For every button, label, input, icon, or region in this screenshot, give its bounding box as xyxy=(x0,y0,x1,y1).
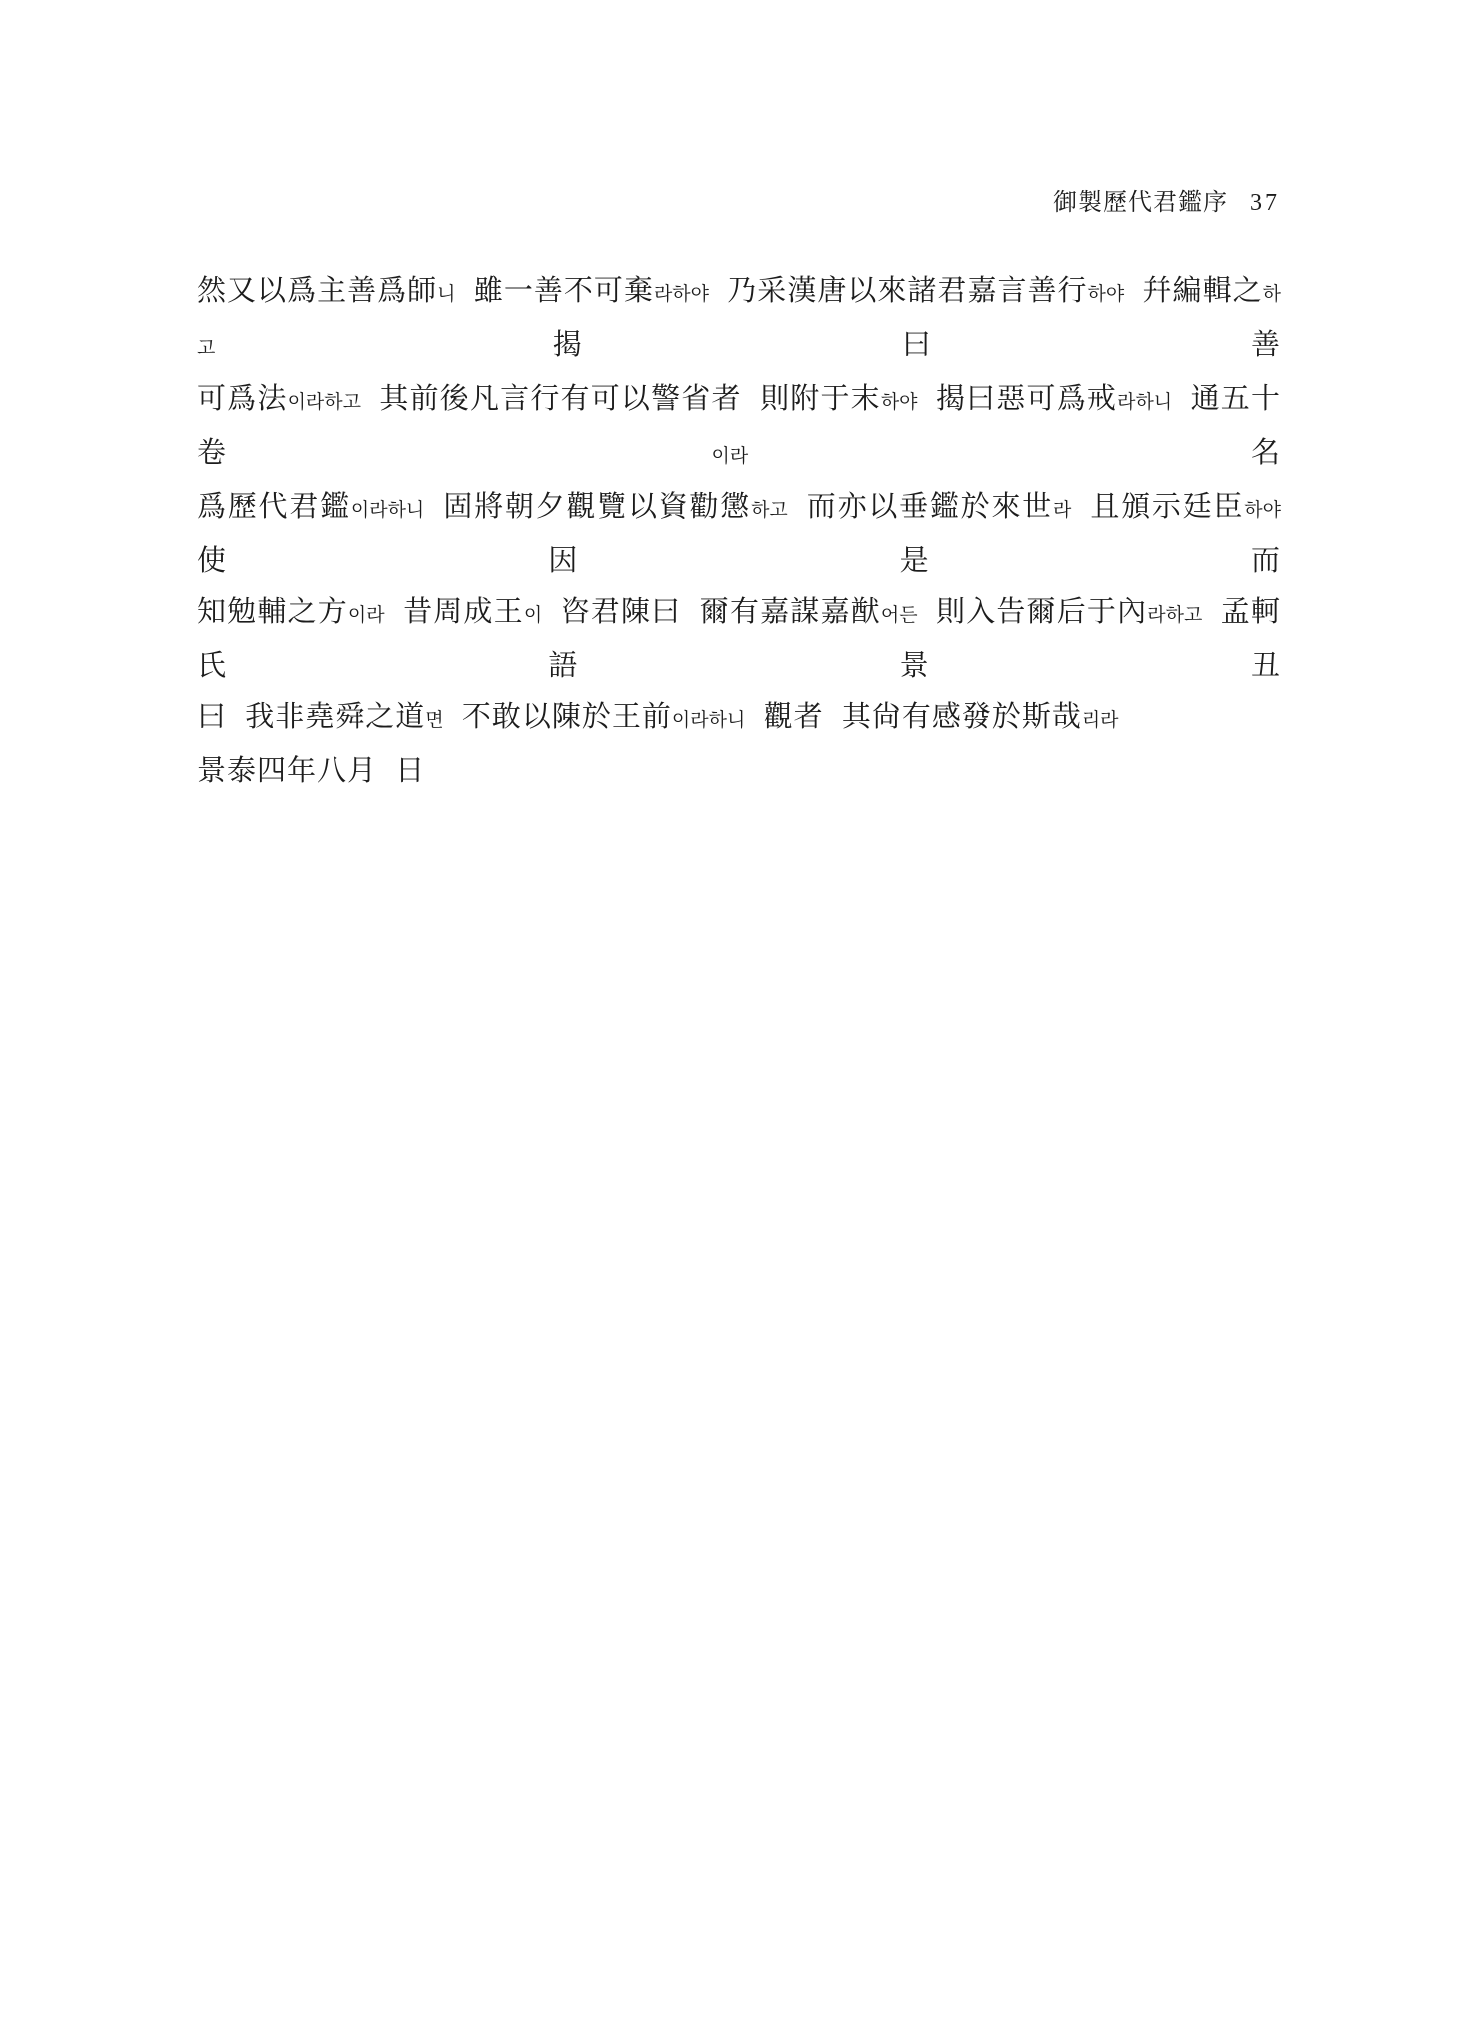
hanja-text: 不敢以陳於王前 xyxy=(444,701,672,733)
hanja-text: 可爲法 xyxy=(197,383,288,415)
hanja-text: 而亦以垂鑑於來世 xyxy=(788,491,1053,523)
text-line: 爲歷代君鑑이라하니 固將朝夕觀覽以資勸懲하고 而亦以垂鑑於來世라 且頒示廷臣하야… xyxy=(197,482,1281,587)
hanja-text: 雖一善不可棄 xyxy=(456,275,654,307)
gugyeol-annotation: 하야 xyxy=(1244,500,1281,521)
hanja-text: 幷編輯之 xyxy=(1124,275,1262,307)
gugyeol-annotation: 하고 xyxy=(751,500,788,521)
text-line: 可爲法이라하고 其前後凡言行有可以警省者 則附于末하야 揭曰惡可爲戒라하니 通五… xyxy=(197,374,1281,482)
hanja-text: 曰 我非堯舜之道 xyxy=(197,701,425,733)
gugyeol-annotation: 라하니 xyxy=(1117,392,1172,413)
gugyeol-annotation: 라하야 xyxy=(654,284,709,305)
gugyeol-annotation: 면 xyxy=(425,710,443,731)
text-line: 知勉輔之方이라 昔周成王이 咨君陳曰 爾有嘉謀嘉猷어든 則入告爾后于內라하고 孟… xyxy=(197,587,1281,692)
text-line: 景泰四年八月 日 xyxy=(197,746,1281,797)
hanja-text: 然又以爲主善爲師 xyxy=(197,275,437,307)
text-line: 曰 我非堯舜之道면 不敢以陳於王前이라하니 觀者 其尙有感發於斯哉리라 xyxy=(197,692,1281,746)
hanja-text: 昔周成王 xyxy=(385,596,524,628)
hanja-text: 揭曰惡可爲戒 xyxy=(918,383,1118,415)
hanja-text: 固將朝夕觀覽以資勸懲 xyxy=(424,491,751,523)
hanja-text: 使因是而 xyxy=(197,545,1281,577)
hanja-text: 爲歷代君鑑 xyxy=(197,491,351,523)
hanja-text: 其前後凡言行有可以警省者 則附于末 xyxy=(361,383,881,415)
hanja-text: 名 xyxy=(748,437,1281,469)
gugyeol-annotation: 니 xyxy=(437,284,455,305)
gugyeol-annotation: 이라하니 xyxy=(672,710,745,731)
hanja-text: 則入告爾后于內 xyxy=(918,596,1148,628)
gugyeol-annotation: 이라하니 xyxy=(351,500,424,521)
hanja-text: 乃采漢唐以來諸君嘉言善行 xyxy=(709,275,1088,307)
gugyeol-annotation: 어든 xyxy=(881,605,918,626)
hanja-text: 觀者 其尙有感發於斯哉 xyxy=(745,701,1082,733)
gugyeol-annotation: 이라 xyxy=(348,605,385,626)
gugyeol-annotation: 하야 xyxy=(881,392,918,413)
body-text: 然又以爲主善爲師니 雖一善不可棄라하야 乃采漢唐以來諸君嘉言善行하야 幷編輯之하… xyxy=(197,266,1281,797)
hanja-text: 揭曰善 xyxy=(215,329,1281,361)
hanja-text: 知勉輔之方 xyxy=(197,596,348,628)
gugyeol-annotation: 이 xyxy=(524,605,542,626)
hanja-text: 且頒示廷臣 xyxy=(1071,491,1244,523)
gugyeol-annotation: 이라하고 xyxy=(288,392,361,413)
text-line: 然又以爲主善爲師니 雖一善不可棄라하야 乃采漢唐以來諸君嘉言善行하야 幷編輯之하… xyxy=(197,266,1281,374)
running-header: 御製歷代君鑑序37 xyxy=(1053,182,1280,217)
gugyeol-annotation: 라 xyxy=(1053,500,1071,521)
header-title: 御製歷代君鑑序 xyxy=(1053,190,1228,216)
hanja-text: 景泰四年八月 日 xyxy=(197,755,425,787)
gugyeol-annotation: 이라 xyxy=(712,446,749,467)
document-page: 御製歷代君鑑序37 然又以爲主善爲師니 雖一善不可棄라하야 乃采漢唐以來諸君嘉言… xyxy=(0,0,1480,2024)
hanja-text: 咨君陳曰 爾有嘉謀嘉猷 xyxy=(542,596,881,628)
gugyeol-annotation: 라하고 xyxy=(1147,605,1202,626)
page-number: 37 xyxy=(1250,190,1280,216)
gugyeol-annotation: 하야 xyxy=(1088,284,1125,305)
gugyeol-annotation: 리라 xyxy=(1082,710,1119,731)
